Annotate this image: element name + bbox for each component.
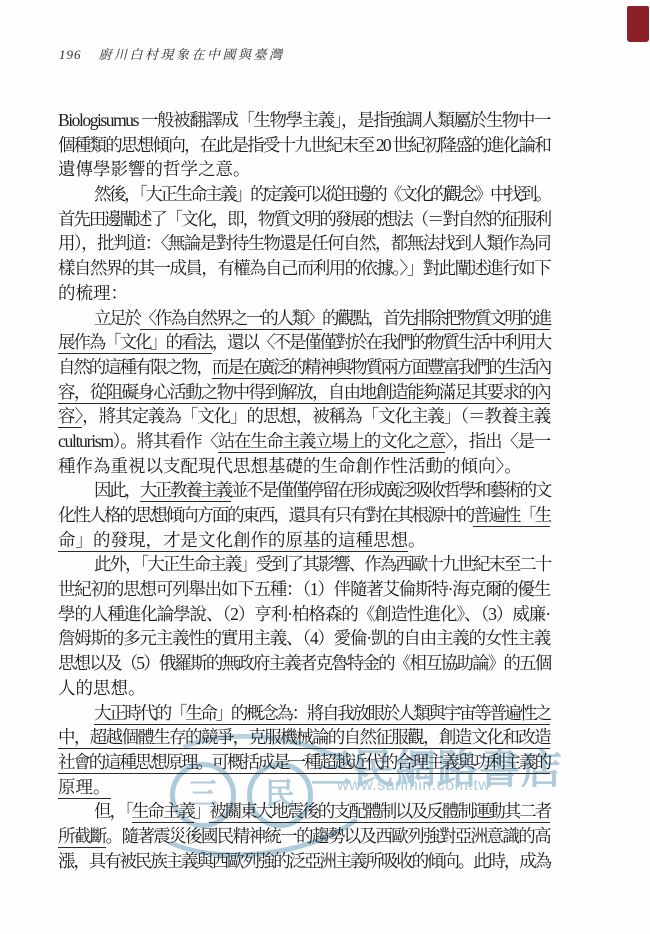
text-line: 立足於〈作為自然界之一的人類〉的觀點，首先排除把物質文明的進 (58, 306, 550, 331)
text-line: 的梳理： (58, 281, 550, 306)
underlined-text: 原理。 (58, 777, 111, 799)
text-line: 遺傳學影響的哲学之意。 (58, 157, 550, 182)
text-line: 個種類的思想傾向，在此是指受十九世紀末至 20 世紀初隆盛的進化論和 (58, 133, 550, 158)
plain-text: 此外，「大正生命主義」受到了其影響、作為西歐十九世紀末至二十 (94, 554, 550, 574)
plain-text: Biologisumus 一般被翻譯成「生物學主義」，是指強調人類屬於生物中一 (58, 110, 550, 130)
text-line: Biologisumus 一般被翻譯成「生物學主義」，是指強調人類屬於生物中一 (58, 108, 550, 133)
text-line: 用），批判道：〈無論是對待生物還是任何自然，都無法找到人類作為同 (58, 231, 550, 256)
plain-text: ，將其定義為「文化」的思想，被稱為「文化主義」（＝教養主義 (82, 406, 550, 426)
plain-text: 自然的這種有限之物， (58, 357, 212, 377)
plain-text: 的梳理： (58, 283, 128, 303)
text-line: 原理。 (58, 775, 550, 800)
text-line: 容〉，將其定義為「文化」的思想，被稱為「文化主義」（＝教養主義 (58, 404, 550, 429)
plain-text: 但，「 (94, 801, 132, 821)
underlined-text: 生命主義 (132, 801, 194, 823)
underlined-text: 所截斷 (58, 826, 106, 848)
plain-text: 用），批判道：〈無論是對待生物還是任何自然，都無法找到人類作為同 (58, 233, 550, 253)
plain-text: 學的人種進化論學說、（2）亨利·柏格森的《創造性進化》、（3）威廉· (58, 604, 550, 624)
text-line: 思想以及（5）俄羅斯的無政府主義者克魯特金的《相互協助論》的五個 (58, 651, 550, 676)
plain-text: 化性人格的思想傾向方面的東西，還具有只有對在其根源中的 (58, 505, 473, 525)
plain-text: 個種類的思想傾向，在此是指受十九世紀末至 20 世紀初隆盛的進化論和 (58, 135, 550, 155)
text-line: 所截斷。隨著震災後國民精神統一的趨勢以及西歐列強對亞洲意識的高 (58, 824, 550, 849)
plain-text: 然後，「大正生命主義」的定義可以從田邊的《文化的觀念》中找到。 (94, 184, 550, 204)
text-line: 人的思想。 (58, 676, 550, 701)
underlined-text: 大正教養主義 (140, 480, 231, 502)
underlined-text: 被關東大地震後的支配體制以及反體制運動其二者 (209, 801, 550, 823)
plain-text: 遺傳學影響的哲学之意。 (58, 159, 251, 179)
text-line: 中，超越個體生存的競爭，克服機械論的自然征服觀，創造文化和改造 (58, 725, 550, 750)
plain-text: 。 (408, 530, 426, 550)
plain-text: 詹姆斯的多元主義性的實用主義、（4）愛倫·凱的自由主義的女性主義 (58, 628, 550, 648)
text-line: 漲，具有被民族主義與西歐列強的泛亞洲主義所吸收的傾向。此時，成為 (58, 849, 550, 874)
underlined-text: 大正時代的「生命」的概念為：將自我放眼於人類與宇宙等普遍性之 (94, 703, 550, 725)
underlined-text: 容〉 (58, 406, 82, 428)
book-page: 196廚川白村現象在中國與臺灣 三 民 三民網路書店 www.sanmin.co… (0, 0, 650, 934)
plain-text: 思想以及（5）俄羅斯的無政府主義者克魯特金的《相互協助論》的五個 (58, 653, 550, 673)
text-line: 此外，「大正生命主義」受到了其影響、作為西歐十九世紀末至二十 (58, 552, 550, 577)
text-line: 大正時代的「生命」的概念為：將自我放眼於人類與宇宙等普遍性之 (58, 701, 550, 726)
underlined-text: 而是在廣泛的精神與物質兩方面豐富我們的生活內 (212, 357, 550, 379)
underlined-text: 站在生命主義立場上的文化之意 (218, 431, 445, 453)
text-line: 世紀初的思想可列舉出如下五種：（1）伴隨著艾倫斯特·海克爾的優生 (58, 577, 550, 602)
text-line: 種作為重視以支配現代思想基礎的生命創作性活動的傾向〉。 (58, 454, 550, 479)
plain-text: 首先田邊闡述了「文化，即，物質文明的發展的想法（＝對自然的征服利 (58, 209, 550, 229)
plain-text: culturism）。將其看作〈 (58, 431, 218, 451)
text-line: 然後，「大正生命主義」的定義可以從田邊的《文化的觀念》中找到。 (58, 182, 550, 207)
underlined-text: 排除把物質文明的進 (413, 308, 550, 330)
underlined-text: 〈作為自然界之一的人類〉 (140, 308, 322, 330)
plain-text: 世紀初的思想可列舉出如下五種：（1）伴隨著艾倫斯特·海克爾的優生 (58, 579, 550, 599)
plain-text: ，還以〈不是僅僅對於在我們的物質生活中利用大 (212, 332, 550, 352)
text-line: 命」的發現，才是文化創作的原基的這種思想。 (58, 528, 550, 553)
underlined-text: 中，超越個體生存的競爭，克服機械論的自然征服觀，創造文化和改造 (58, 727, 550, 749)
text-line: 首先田邊闡述了「文化，即，物質文明的發展的想法（＝對自然的征服利 (58, 207, 550, 232)
text-line: 自然的這種有限之物，而是在廣泛的精神與物質兩方面豐富我們的生活內 (58, 355, 550, 380)
text-line: culturism）。將其看作〈站在生命主義立場上的文化之意〉，指出〈是一 (58, 429, 550, 454)
plain-text: 立足於 (94, 308, 140, 328)
text-line: 容，從阻礙身心活動之物中得到解放，自由地創造能夠滿足其要求的內 (58, 380, 550, 405)
text-line: 詹姆斯的多元主義性的實用主義、（4）愛倫·凱的自由主義的女性主義 (58, 626, 550, 651)
text-line: 展作為「文化」的看法，還以〈不是僅僅對於在我們的物質生活中利用大 (58, 330, 550, 355)
plain-text: 並不是僅僅停留在形成廣泛吸收哲學和藝術的文 (231, 480, 550, 500)
bookmark-ribbon-icon[interactable] (627, 6, 649, 42)
plain-text: 種作為重視以支配現代思想基礎的生命創作性活動的傾向〉。 (58, 456, 522, 476)
body-text: Biologisumus 一般被翻譯成「生物學主義」，是指強調人類屬於生物中一個… (58, 108, 550, 873)
plain-text: 人的思想。 (58, 678, 146, 698)
plain-text: 〉，指出〈是一 (445, 431, 550, 451)
underlined-text: 展作為「文化」的看法 (58, 332, 212, 354)
underlined-text: 容，從阻礙身心活動之物中得到解放，自由地創造能夠滿足其要求的內 (58, 382, 550, 404)
underlined-text: 普遍性「生 (473, 505, 550, 527)
underlined-text: 社會的這種思想原理。可概括成是一種超越近代的合理主義與功利主義的 (58, 752, 550, 774)
plain-text: 樣自然界的其一成員，有權為自己而利用的依據。〉」對此闡述進行如下 (58, 258, 550, 278)
text-line: 化性人格的思想傾向方面的東西，還具有只有對在其根源中的普遍性「生 (58, 503, 550, 528)
plain-text: 因此， (94, 480, 140, 500)
text-line: 學的人種進化論學說、（2）亨利·柏格森的《創造性進化》、（3）威廉· (58, 602, 550, 627)
text-line: 但，「生命主義」被關東大地震後的支配體制以及反體制運動其二者 (58, 799, 550, 824)
text-line: 社會的這種思想原理。可概括成是一種超越近代的合理主義與功利主義的 (58, 750, 550, 775)
plain-text: 。隨著震災後國民精神統一的趨勢以及西歐列強對亞洲意識的高 (106, 826, 550, 846)
plain-text: 」 (194, 801, 210, 821)
plain-text: 的觀點，首先 (322, 308, 413, 328)
underlined-text: 命」的發現，才是文化創作的原基的這種思想 (58, 530, 408, 552)
text-line: 因此，大正教養主義並不是僅僅停留在形成廣泛吸收哲學和藝術的文 (58, 478, 550, 503)
plain-text: 漲，具有被民族主義與西歐列強的泛亞洲主義所吸收的傾向。此時，成為 (58, 851, 550, 871)
text-line: 樣自然界的其一成員，有權為自己而利用的依據。〉」對此闡述進行如下 (58, 256, 550, 281)
